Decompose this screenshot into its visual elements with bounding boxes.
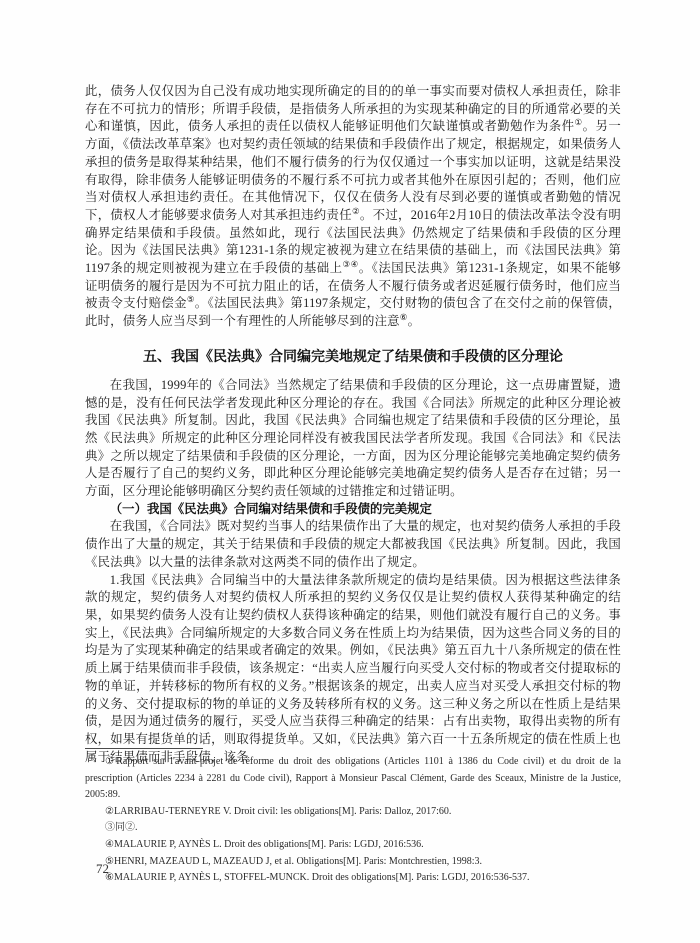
continuation-paragraph: 此，债务人仅仅因为自己没有成功地实现所确定的目的的单一事实而要对债权人承担责任，…: [85, 83, 621, 331]
footnote-5: ⑤HENRI, MAZEAUD L, MAZEAUD J, et al. Obl…: [85, 854, 621, 871]
footnote-4: ④MALAURIE P, AYNÈS L. Droit des obligati…: [85, 837, 621, 854]
footnote-separator: [85, 748, 203, 749]
page-body: 此，债务人仅仅因为自己没有成功地实现所确定的目的的单一事实而要对债权人承担责任，…: [85, 83, 621, 766]
footnote-2: ②LARRIBAU-TERNEYRE V. Droit civil: les o…: [85, 804, 621, 821]
subsection-heading: （一）我国《民法典》合同编对结果债和手段债的完美规定: [85, 501, 621, 519]
paragraph-intro: 在我国，《合同法》既对契约当事人的结果债作出了大量的规定，也对契约债务人承担的手…: [85, 518, 621, 571]
page-number: 72: [96, 861, 109, 877]
footnote-1: ①Rapport sur l'avant-projet de réforme d…: [85, 754, 621, 804]
paper-page: 此，债务人仅仅因为自己没有成功地实现所确定的目的的单一事实而要对债权人承担责任，…: [0, 0, 700, 943]
paragraph-overview: 在我国，1999年的《合同法》当然规定了结果债和手段债的区分理论，这一点毋庸置疑…: [85, 377, 621, 501]
paragraph-point-1: 1.我国《民法典》合同编当中的大量法律条款所规定的债均是结果债。因为根据这些法律…: [85, 572, 621, 767]
footnote-3: ③同②.: [85, 820, 621, 837]
footnote-6: ⑥MALAURIE P, AYNÈS L, STOFFEL-MUNCK. Dro…: [85, 870, 621, 887]
section-heading: 五、我国《民法典》合同编完美地规定了结果债和手段债的区分理论: [85, 346, 621, 366]
footnotes-section: ①Rapport sur l'avant-projet de réforme d…: [85, 748, 621, 887]
